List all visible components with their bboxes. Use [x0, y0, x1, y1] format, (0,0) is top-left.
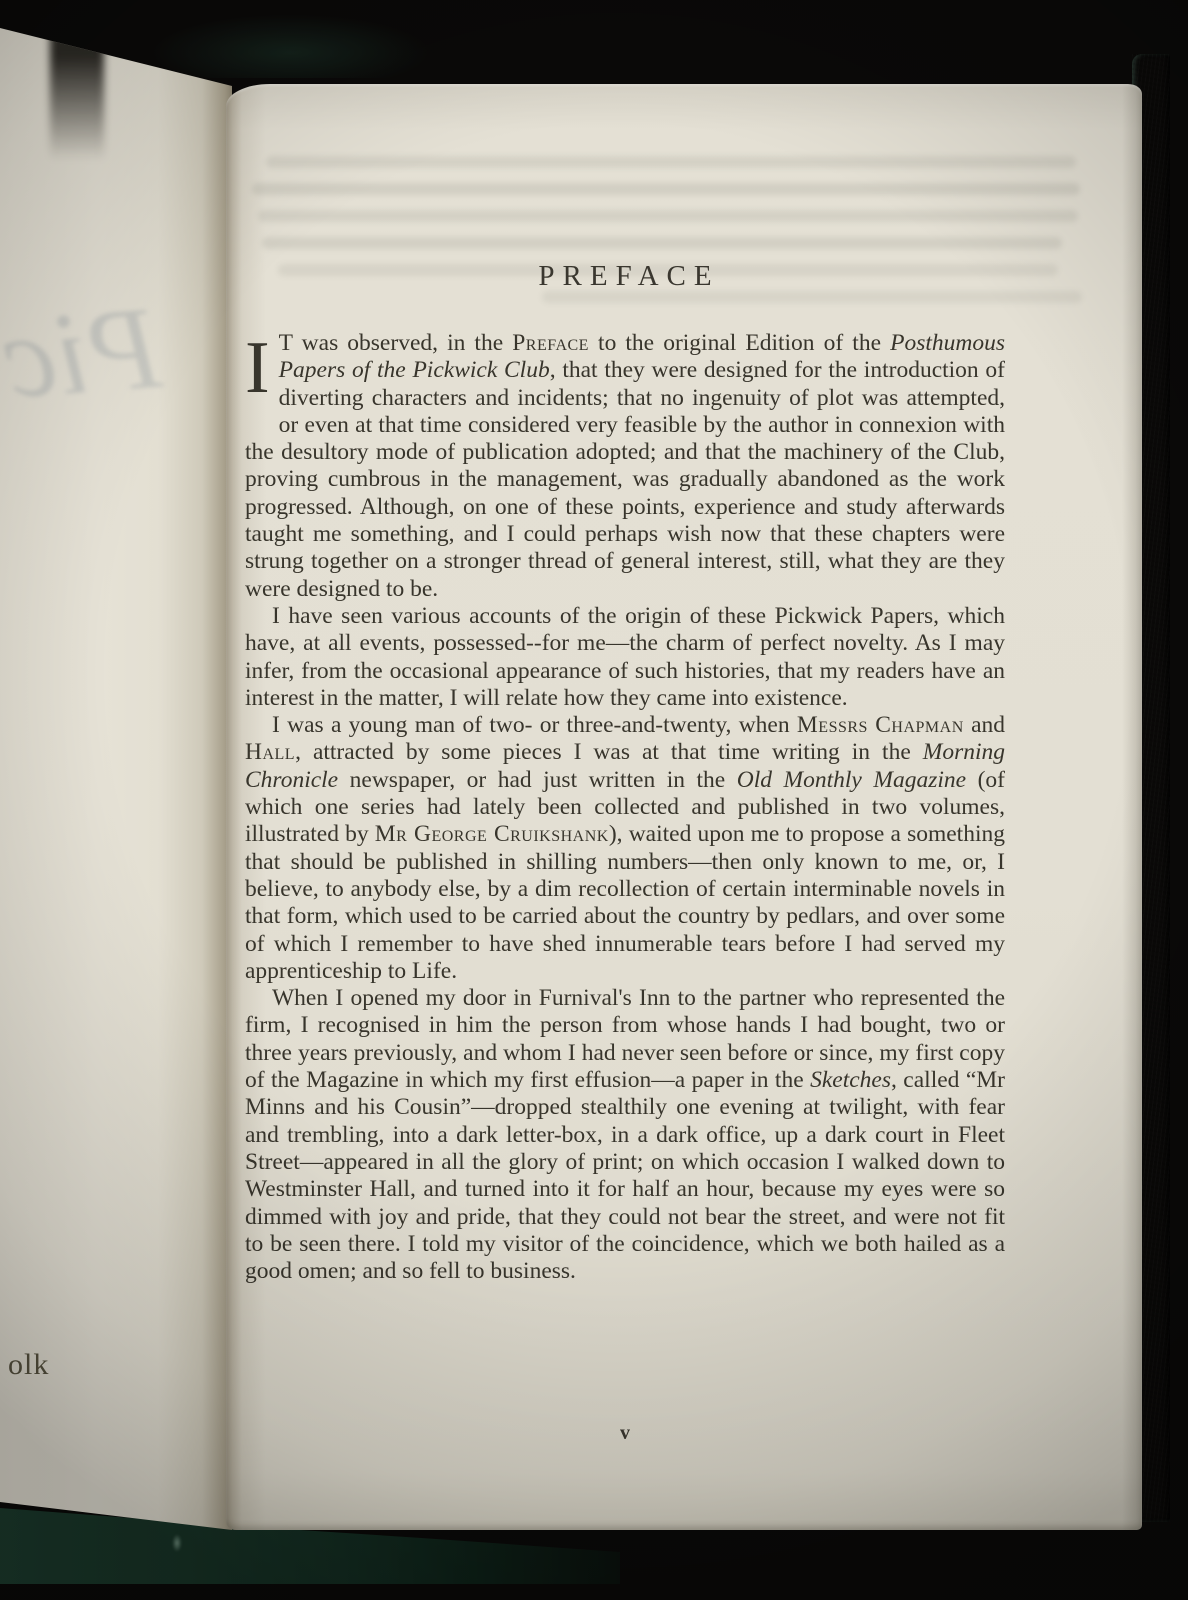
- book-cover-top-edge: [150, 14, 430, 78]
- page-edge-shadow: [50, 0, 104, 160]
- paragraph: I have seen various accounts of the orig…: [245, 603, 1005, 712]
- showthrough-title-text: Pic: [0, 288, 167, 454]
- left-page-text-fragment: olk: [8, 1348, 49, 1382]
- preface-text: IT was observed, in the Preface to the o…: [245, 330, 1005, 1285]
- open-book-photo: Pic olk PREFACE IT was observed, in the …: [0, 0, 1188, 1600]
- showthrough-line: [258, 210, 1078, 222]
- paragraph: When I opened my door in Furnival's Inn …: [245, 985, 1005, 1285]
- showthrough-line: [266, 156, 1076, 168]
- left-page: Pic olk: [0, 0, 232, 1600]
- showthrough-ghost-lines: [252, 156, 1088, 318]
- right-page: PREFACE IT was observed, in the Preface …: [226, 84, 1142, 1530]
- paragraph: IT was observed, in the Preface to the o…: [245, 330, 1005, 603]
- paragraph: I was a young man of two- or three-and-t…: [245, 712, 1005, 985]
- showthrough-line: [252, 183, 1080, 195]
- page-number: v: [245, 1422, 1005, 1445]
- page-title: PREFACE: [245, 260, 1005, 293]
- showthrough-line: [262, 237, 1062, 249]
